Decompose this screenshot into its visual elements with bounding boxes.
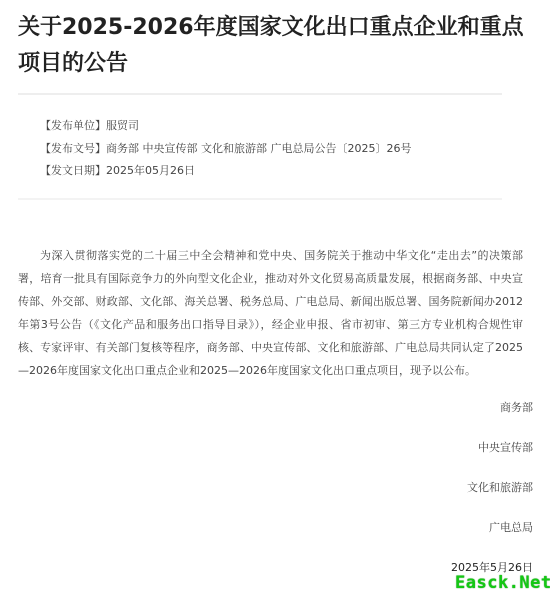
signature-nrta: 广电总局 [489, 520, 533, 536]
body-paragraph: 为深入贯彻落实党的二十届三中全会精神和党中央、国务院关于推动中华文化“走出去”的… [18, 244, 523, 382]
meta-date: 【发文日期】2025年05月26日 [40, 163, 195, 179]
meta-doc-number: 【发布文号】商务部 中央宣传部 文化和旅游部 广电总局公告〔2025〕26号 [40, 141, 411, 157]
signature-propaganda-dept: 中央宣传部 [478, 440, 533, 456]
signature-mofcom: 商务部 [500, 400, 533, 416]
metadata-block: 【发布单位】服贸司 【发布文号】商务部 中央宣传部 文化和旅游部 广电总局公告〔… [18, 110, 502, 200]
meta-date-value: 2025年05月26日 [106, 164, 195, 177]
meta-doc-number-value: 商务部 中央宣传部 文化和旅游部 广电总局公告〔2025〕26号 [106, 142, 411, 155]
signature-culture-tourism: 文化和旅游部 [467, 480, 533, 496]
meta-publisher-value: 服贸司 [106, 119, 139, 132]
meta-date-label: 【发文日期】 [40, 164, 106, 177]
title-divider [18, 93, 502, 95]
watermark-logo: Easck.Net [455, 573, 550, 593]
meta-doc-number-label: 【发布文号】 [40, 142, 106, 155]
meta-publisher: 【发布单位】服贸司 [40, 118, 139, 134]
announcement-page: 关于2025-2026年度国家文化出口重点企业和重点项目的公告 【发布单位】服贸… [0, 0, 550, 598]
page-title: 关于2025-2026年度国家文化出口重点企业和重点项目的公告 [18, 10, 538, 82]
meta-publisher-label: 【发布单位】 [40, 119, 106, 132]
